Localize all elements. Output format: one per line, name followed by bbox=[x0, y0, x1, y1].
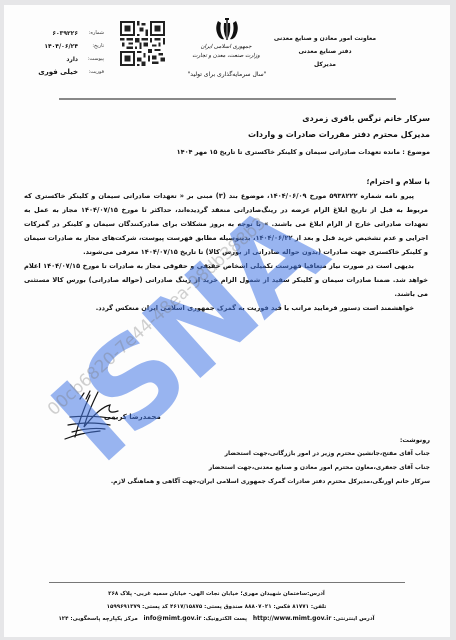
body-paragraph-2: بدیهی است در صورت نیاز متعاقبا فهرست تکم… bbox=[24, 259, 428, 301]
header-divider bbox=[59, 98, 396, 100]
body-paragraph-3: خواهشمند است دستور فرمایید مراتب با قید … bbox=[24, 301, 428, 315]
footer-divider bbox=[49, 582, 405, 583]
cc-line-3: سرکار خانم اورنگی،مدیرکل محترم دفتر صادر… bbox=[50, 475, 430, 489]
date-label: تاریخ: bbox=[84, 40, 104, 53]
ministry-line-2: وزارت صنعت، معدن و تجارت bbox=[174, 52, 278, 61]
web-label: آدرس اینترنتی: bbox=[333, 616, 374, 622]
qr-code-icon bbox=[120, 21, 165, 66]
email-label: پست الکترونیک: bbox=[203, 616, 247, 622]
addressee-name: سرکار خانم نرگس باقری زمردی bbox=[100, 111, 430, 127]
org-line-3: مدیرکل bbox=[270, 58, 380, 71]
meta-number: شماره: ۶۰۳۹۲۲۶ bbox=[34, 27, 104, 40]
letter-meta: شماره: ۶۰۳۹۲۲۶ تاریخ: ۱۴۰۴/۰۶/۲۴ پیوست: … bbox=[34, 27, 104, 79]
body-paragraph-1: پیرو نامه شماره ۵۹۳۸۲۲۲ مورخ ۱۴۰۴/۰۶/۰۹،… bbox=[24, 189, 428, 259]
org-line-2: دفتر صنایع معدنی bbox=[270, 45, 380, 58]
footer: آدرس:ساختمان شهیدان مهری؛ خیابان نجات ال… bbox=[44, 588, 389, 626]
ministry-name: جمهوری اسلامی ایران وزارت صنعت، معدن و ت… bbox=[174, 43, 278, 61]
meta-date: تاریخ: ۱۴۰۴/۰۶/۲۴ bbox=[34, 40, 104, 53]
email-link[interactable]: info@mimt.gov.ir bbox=[143, 615, 201, 622]
cc-line-1: جناب آقای مفتح،جانشین محترم وزیر در امور… bbox=[50, 447, 430, 461]
addressee-block: سرکار خانم نرگس باقری زمردی مدیرکل محترم… bbox=[100, 111, 430, 161]
letter-body: پیرو نامه شماره ۵۹۳۸۲۲۲ مورخ ۱۴۰۴/۰۶/۰۹،… bbox=[24, 189, 428, 315]
cc-line-2: جناب آقای جعفری،معاون محترم امور معادن و… bbox=[50, 461, 430, 475]
date-value: ۱۴۰۴/۰۶/۲۴ bbox=[44, 40, 78, 53]
number-label: شماره: bbox=[84, 27, 104, 40]
meta-priority: فوریت: خیلی فوری bbox=[34, 66, 104, 79]
year-slogan: "سال سرمایه‌گذاری برای تولید" bbox=[166, 71, 288, 78]
addressee-title: مدیرکل محترم دفتر مقررات صادرات و واردات bbox=[100, 127, 430, 143]
priority-label: فوریت: bbox=[84, 66, 104, 79]
attachment-label: پیوست: bbox=[84, 53, 104, 66]
meta-attachment: پیوست: دارد bbox=[34, 53, 104, 66]
footer-address: آدرس:ساختمان شهیدان مهری؛ خیابان نجات ال… bbox=[44, 588, 389, 601]
website-link[interactable]: http://www.mimt.gov.ir bbox=[253, 615, 331, 622]
number-value: ۶۰۳۹۲۲۶ bbox=[52, 27, 78, 40]
greeting: با سلام و احترام؛ bbox=[367, 177, 430, 186]
cc-title: رونوشت: bbox=[50, 433, 430, 447]
attachment-value: دارد bbox=[66, 53, 78, 66]
footer-phones: تلفن: ۸۱۷۷۱ فکس: ۸۸۸۰۷۰۲۱ صندوق پستی: ۴۶… bbox=[44, 601, 389, 614]
org-line-1: معاونت امور معادن و صنایع معدنی bbox=[270, 32, 380, 45]
subject-line: موضوع : مانده تعهدات صادراتی سیمان و کلی… bbox=[100, 143, 430, 161]
signer-name: محمدرضا کریمی bbox=[104, 413, 161, 421]
iran-emblem-icon bbox=[212, 17, 242, 43]
priority-value: خیلی فوری bbox=[38, 66, 78, 79]
call-center: مرکز یکپارچه پاسخگویی: ۱۲۴ bbox=[58, 616, 137, 622]
ministry-line-1: جمهوری اسلامی ایران bbox=[174, 43, 278, 52]
footer-contacts: آدرس اینترنتی: http://www.mimt.gov.ir پس… bbox=[44, 613, 389, 626]
organization-block: معاونت امور معادن و صنایع معدنی دفتر صنا… bbox=[270, 32, 380, 71]
letter-page: معاونت امور معادن و صنایع معدنی دفتر صنا… bbox=[4, 5, 450, 637]
carbon-copy-block: رونوشت: جناب آقای مفتح،جانشین محترم وزیر… bbox=[50, 433, 430, 489]
